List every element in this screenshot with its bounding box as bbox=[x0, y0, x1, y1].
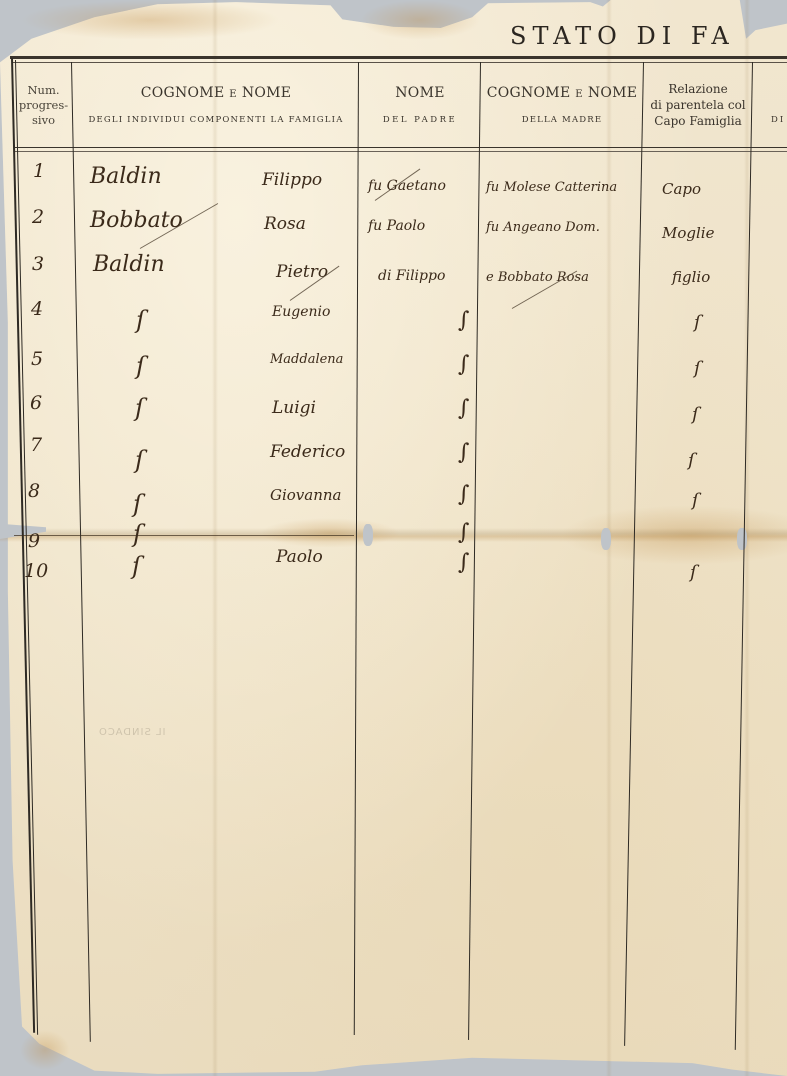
row-num: 8 bbox=[28, 480, 40, 502]
header-word: COGNOME bbox=[141, 85, 225, 101]
header-main-label: NOME bbox=[395, 85, 444, 101]
table-top-border bbox=[10, 56, 787, 59]
row-num: 6 bbox=[30, 392, 42, 414]
ditto-mark: ſ bbox=[694, 312, 701, 333]
row-relation: Moglie bbox=[662, 224, 714, 242]
header-word: E bbox=[575, 89, 583, 100]
ghost-text-sindaco: IL SINDACO bbox=[98, 727, 166, 738]
ditto-mark: ∫ bbox=[458, 396, 469, 421]
ditto-mark: ∫ bbox=[458, 520, 469, 545]
table-top-border-inner bbox=[12, 62, 787, 63]
fold-crease-vertical bbox=[212, 0, 218, 1076]
header-sub-label: DEGLI INDIVIDUI COMPONENTI LA FAMIGLIA bbox=[88, 115, 343, 125]
ditto-mark: ∫ bbox=[458, 308, 469, 333]
header-sub-label: DEL PADRE bbox=[383, 115, 457, 125]
row-given-name: Federico bbox=[270, 442, 345, 462]
header-main-label: COGNOME E NOME bbox=[141, 85, 292, 101]
header-sub-label: DI bbox=[753, 115, 785, 125]
row-given-name: Paolo bbox=[276, 547, 323, 567]
ditto-mark: ∫ bbox=[458, 482, 469, 507]
row-given-name: Giovanna bbox=[270, 486, 342, 504]
header-word: E bbox=[229, 89, 237, 100]
row-num: 1 bbox=[33, 160, 45, 182]
header-rel-line: di parentela col bbox=[650, 97, 745, 113]
header-cognome-nome-individui: COGNOME E NOME DEGLI INDIVIDUI COMPONENT… bbox=[72, 64, 360, 146]
ditto-mark: ſ bbox=[692, 404, 699, 425]
row-num: 9 bbox=[28, 530, 40, 552]
row-num: 5 bbox=[31, 348, 43, 370]
row-given-name: Rosa bbox=[264, 214, 306, 234]
header-word: NOME bbox=[588, 85, 637, 101]
row-given-name: Luigi bbox=[272, 398, 316, 418]
row-num: 7 bbox=[30, 434, 42, 456]
row-rule-faint bbox=[14, 535, 354, 536]
ditto-mark: ſ bbox=[135, 394, 144, 422]
header-bottom-rule-inner bbox=[14, 151, 787, 152]
ditto-mark: ſ bbox=[132, 552, 141, 580]
header-num-progressivo: Num. progres- sivo bbox=[16, 64, 71, 146]
ditto-mark: ſ bbox=[136, 352, 145, 380]
header-sub-label: DELLA MADRE bbox=[522, 115, 603, 125]
ditto-mark: ſ bbox=[135, 446, 144, 474]
header-main-label: COGNOME E NOME bbox=[487, 85, 638, 101]
row-given-name: Eugenio bbox=[272, 304, 330, 320]
header-num-line: Num. bbox=[27, 83, 59, 98]
row-father-name: fu Gaetano bbox=[368, 178, 446, 194]
header-next-column-cut: DI bbox=[753, 64, 787, 146]
row-num: 3 bbox=[32, 253, 44, 275]
header-rel-line: Relazione bbox=[668, 81, 727, 97]
header-num-line: sivo bbox=[32, 113, 55, 128]
wear-hole bbox=[737, 528, 747, 550]
row-given-name: Maddalena bbox=[270, 352, 343, 367]
ditto-mark: ſ bbox=[692, 490, 699, 511]
header-cognome-nome-madre: COGNOME E NOME DELLA MADRE bbox=[481, 64, 643, 146]
header-num-line: progres- bbox=[19, 98, 68, 113]
row-relation: Capo bbox=[662, 180, 701, 198]
row-num: 10 bbox=[24, 560, 48, 582]
row-relation: figlio bbox=[672, 268, 710, 286]
ditto-mark: ſ bbox=[133, 520, 142, 548]
row-father-name: di Filippo bbox=[378, 268, 445, 284]
ditto-mark: ſ bbox=[136, 306, 145, 334]
wear-hole bbox=[363, 524, 373, 546]
row-surname: Bobbato bbox=[90, 208, 183, 233]
ditto-mark: ſ bbox=[694, 358, 701, 379]
document-title: STATO DI FA bbox=[510, 22, 735, 50]
header-word: COGNOME bbox=[487, 85, 571, 101]
row-father-name: fu Paolo bbox=[368, 218, 425, 234]
header-nome-padre: NOME DEL PADRE bbox=[360, 64, 480, 146]
row-surname: Baldin bbox=[93, 252, 165, 277]
header-rel-line: Capo Famiglia bbox=[654, 113, 741, 129]
row-num: 2 bbox=[32, 206, 44, 228]
ditto-mark: ſ bbox=[690, 562, 697, 583]
ditto-mark: ∫ bbox=[458, 352, 469, 377]
wear-hole bbox=[601, 528, 611, 550]
row-surname: Baldin bbox=[90, 164, 162, 189]
ditto-mark: ∫ bbox=[458, 440, 469, 465]
row-num: 4 bbox=[31, 298, 43, 320]
header-relazione-parentela: Relazione di parentela col Capo Famiglia bbox=[644, 64, 752, 146]
row-given-name: Filippo bbox=[262, 170, 322, 190]
row-mother-name: fu Angeano Dom. bbox=[486, 220, 600, 235]
ditto-mark: ſ bbox=[133, 490, 142, 518]
header-word: NOME bbox=[242, 85, 291, 101]
ditto-mark: ∫ bbox=[458, 550, 469, 575]
header-bottom-rule bbox=[14, 147, 787, 148]
ditto-mark: ſ bbox=[688, 450, 695, 471]
row-mother-name: fu Molese Catterina bbox=[486, 180, 617, 195]
